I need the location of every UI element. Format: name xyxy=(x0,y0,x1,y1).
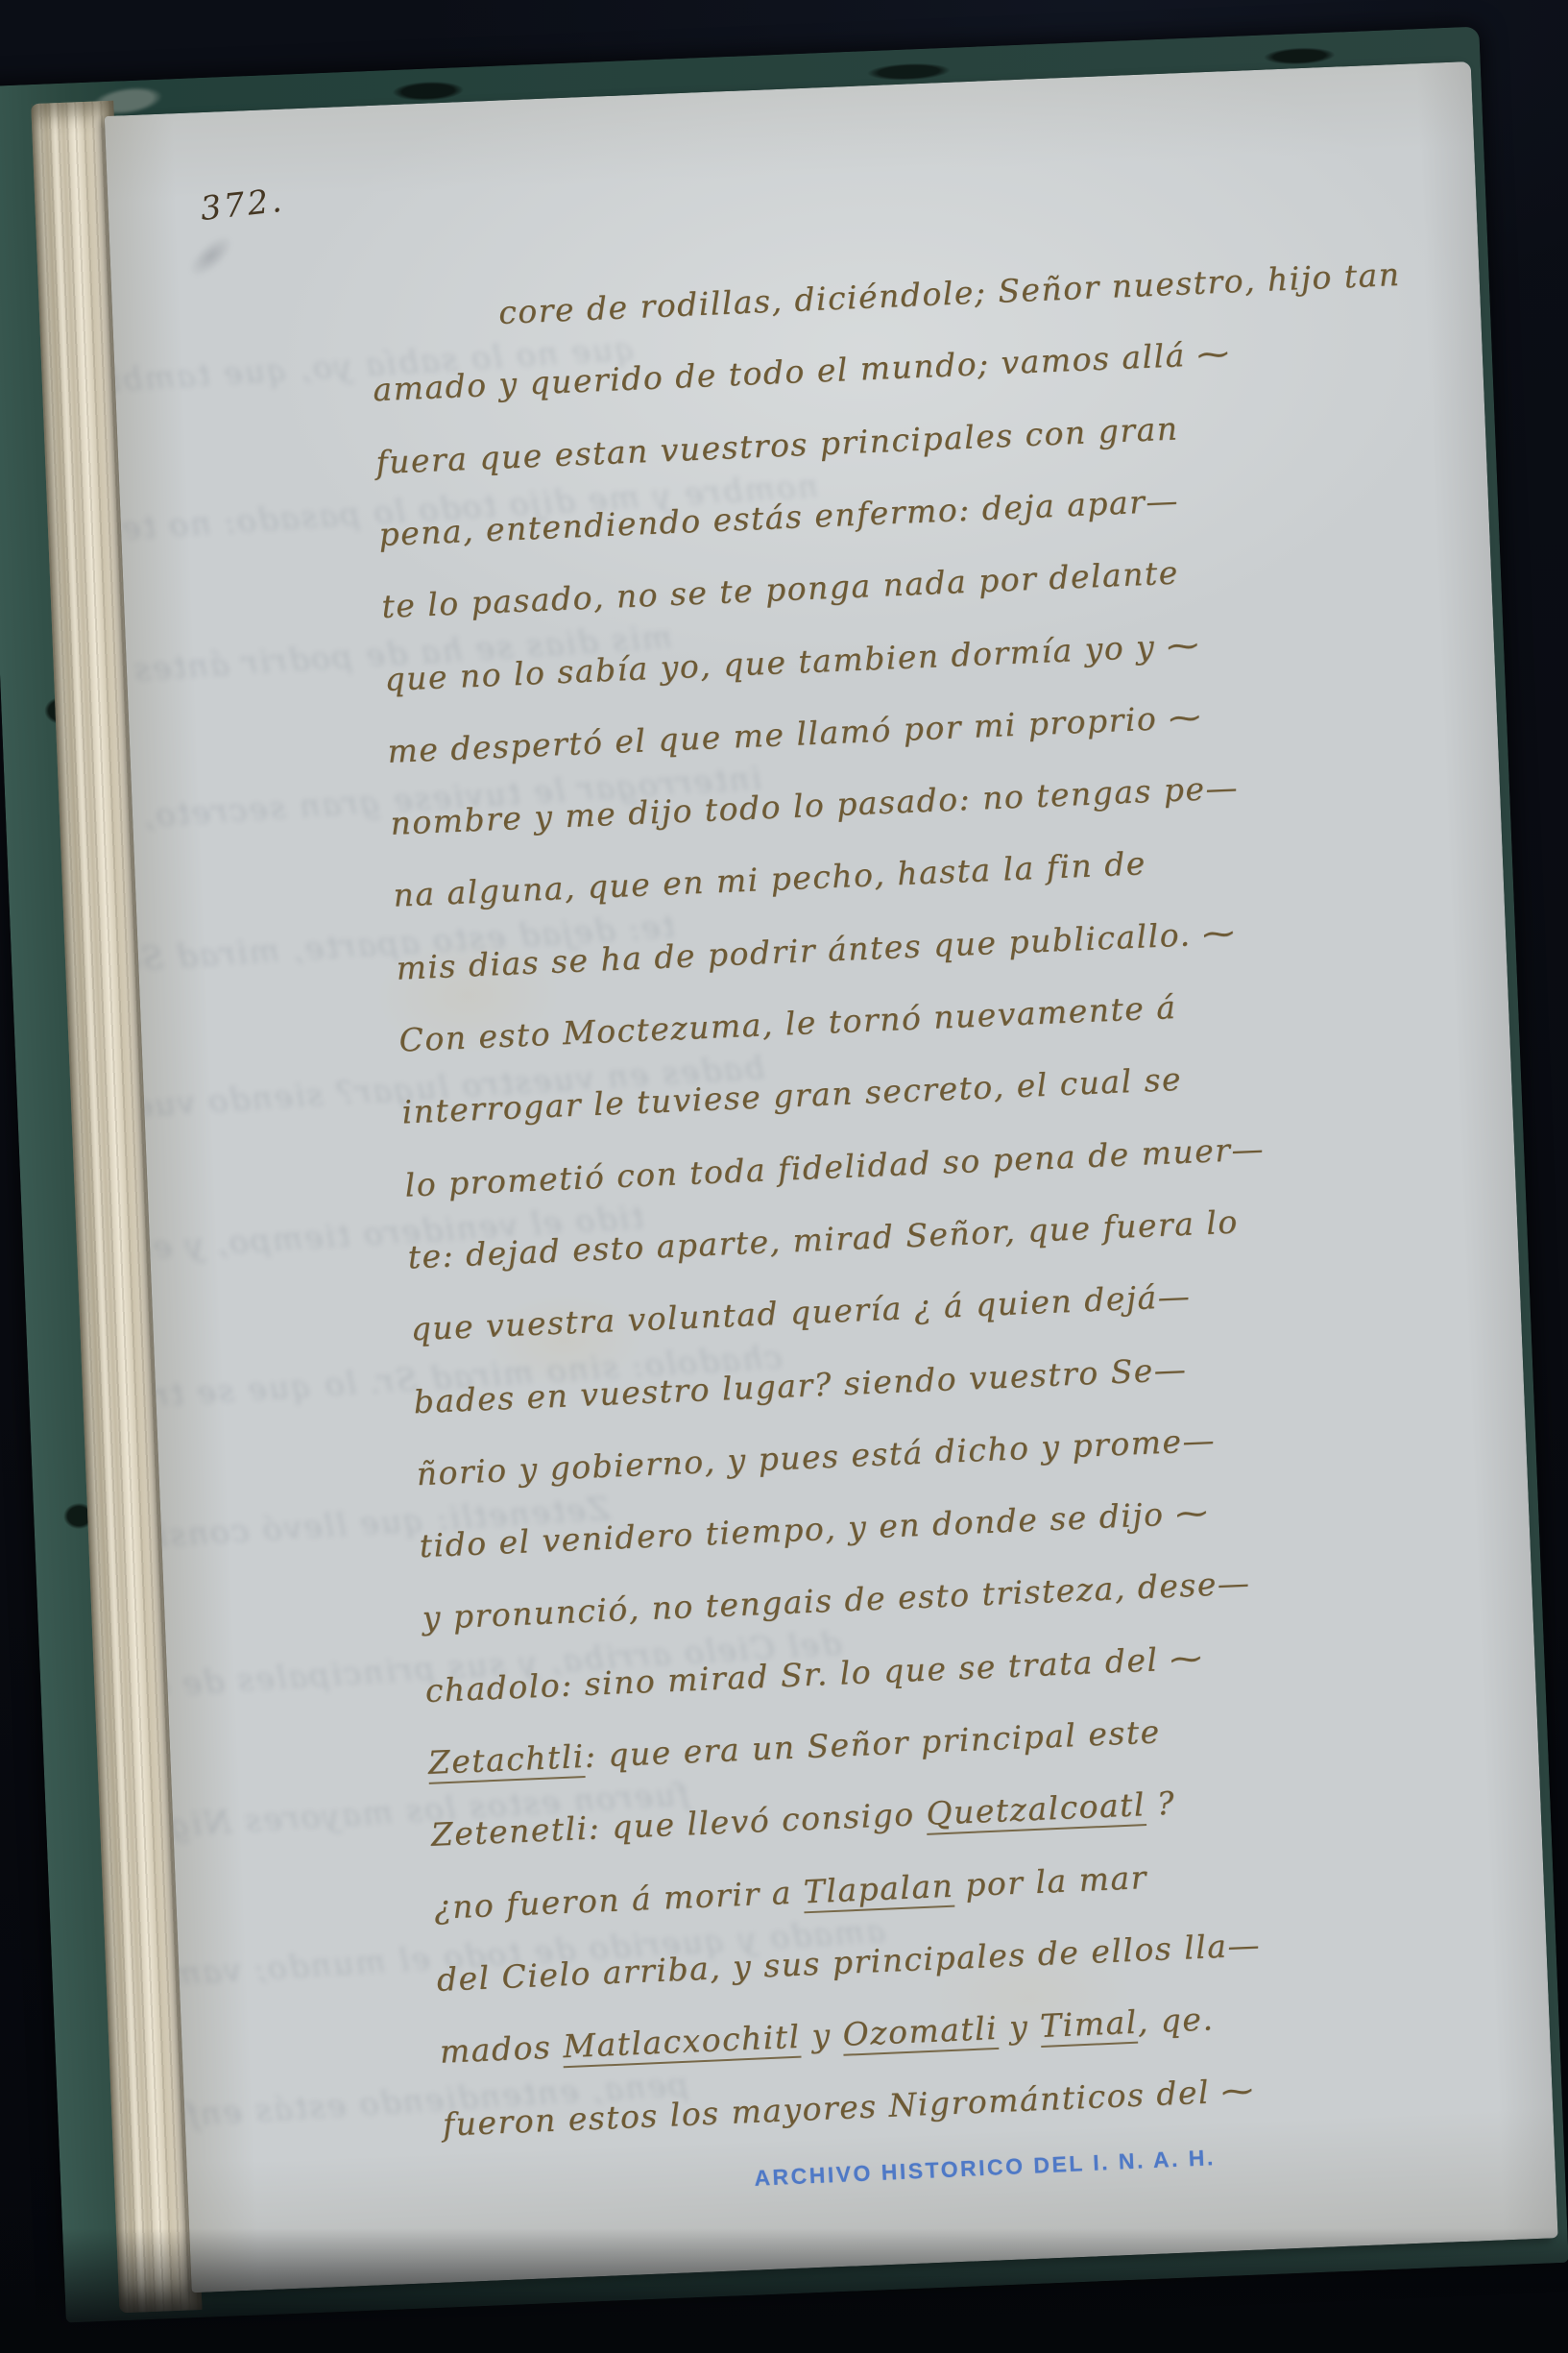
manuscript-line: Con esto Moctezuma, le tornó nuevamente … xyxy=(398,988,1177,1059)
text-segment: amado y querido de todo el mundo; vamos … xyxy=(373,334,1231,408)
manuscript-line: lo prometió con toda fidelidad so pena d… xyxy=(404,1129,1266,1203)
text-segment: ? xyxy=(1145,1784,1176,1823)
manuscript-line: ¿no fueron á morir a Tlapalan por la mar xyxy=(433,1858,1148,1927)
manuscript-line: del Cielo arriba, y sus principales de e… xyxy=(436,1926,1262,1999)
manuscript-line: Zetenetli: que llevó consigo Quetzalcoat… xyxy=(430,1784,1176,1854)
text-segment: te lo pasado, no se te ponga nada por de… xyxy=(381,554,1180,625)
text-segment: Zetenetli: que llevó consigo xyxy=(430,1795,927,1854)
manuscript-line: fueron estos los mayores Nigrománticos d… xyxy=(442,2071,1255,2143)
text-segment: Con esto Moctezuma, le tornó nuevamente … xyxy=(398,988,1177,1059)
archive-stamp: ARCHIVO HISTORICO DEL I. N. A. H. xyxy=(754,2145,1217,2192)
text-segment: bades en vuestro lugar? siendo vuestro S… xyxy=(413,1349,1188,1419)
underlined-word: Zetachtli xyxy=(427,1737,586,1784)
manuscript-line: te lo pasado, no se te ponga nada por de… xyxy=(381,554,1180,625)
text-segment: y xyxy=(800,2016,844,2055)
underlined-word: Matlacxochitl xyxy=(562,2018,801,2069)
text-segment: core de rodillas, diciéndole; Señor nues… xyxy=(497,255,1401,331)
manuscript-line: y pronunció, no tengais de esto tristeza… xyxy=(422,1565,1251,1637)
manuscript-line: que no lo sabía yo, que tambien dormía y… xyxy=(384,625,1201,697)
manuscript-line: interrogar le tuviese gran secreto, el c… xyxy=(401,1060,1183,1131)
text-segment: me despertó el que me llamó por mi propr… xyxy=(387,697,1203,769)
text-segment: na alguna, que en mi pecho, hasta la fin… xyxy=(393,845,1147,915)
manuscript-line: nombre y me dijo todo lo pasado: no teng… xyxy=(390,768,1240,842)
text-segment: tido el venidero tiempo, y en donde se d… xyxy=(419,1493,1210,1565)
manuscript-line: te: dejad esto aparte, mirad Señor, que … xyxy=(407,1202,1240,1275)
text-segment: del Cielo arriba, y sus principales de e… xyxy=(436,1926,1262,1999)
folio-number: 372. xyxy=(199,182,287,229)
manuscript-line: que vuestra voluntad quería ¿ á quien de… xyxy=(410,1277,1192,1348)
photo-vignette xyxy=(0,2228,1568,2353)
manuscript-line: ñorio y gobierno, y pues está dicho y pr… xyxy=(416,1420,1217,1492)
underlined-word: Ozomatli xyxy=(842,2009,999,2056)
bound-volume: 372. que no lo sabía yo, que tambien dor… xyxy=(0,50,1568,2320)
text-segment: nombre y me dijo todo lo pasado: no teng… xyxy=(390,768,1240,842)
text-segment: lo prometió con toda fidelidad so pena d… xyxy=(404,1129,1266,1203)
manuscript-line: Zetachtli: que era un Señor principal es… xyxy=(427,1712,1161,1782)
manuscript-line: chadolo: sino mirad Sr. lo que se trata … xyxy=(424,1638,1204,1710)
text-segment: que no lo sabía yo, que tambien dormía y… xyxy=(384,625,1201,697)
manuscript-line: na alguna, que en mi pecho, hasta la fin… xyxy=(393,845,1147,915)
text-segment: , qe. xyxy=(1137,2000,1215,2040)
manuscript-page: 372. que no lo sabía yo, que tambien dor… xyxy=(105,61,1558,2292)
text-segment: ñorio y gobierno, y pues está dicho y pr… xyxy=(416,1420,1217,1492)
manuscript-line: pena, entendiendo estás enfermo: deja ap… xyxy=(378,481,1180,553)
manuscript-line: me despertó el que me llamó por mi propr… xyxy=(387,697,1203,769)
text-segment: fuera que estan vuestros principales con… xyxy=(375,409,1180,481)
text-segment: fueron estos los mayores Nigrománticos d… xyxy=(442,2071,1255,2143)
underlined-word: Tlapalan xyxy=(803,1866,954,1913)
underlined-word: Timal xyxy=(1039,2003,1138,2048)
text-segment: pena, entendiendo estás enfermo: deja ap… xyxy=(378,481,1180,553)
text-segment: te: dejad esto aparte, mirad Señor, que … xyxy=(407,1202,1240,1275)
text-segment: : que era un Señor principal este xyxy=(584,1712,1161,1775)
manuscript-line: mados Matlacxochitl y Ozomatli y Timal, … xyxy=(439,2000,1215,2070)
manuscript-line: amado y querido de todo el mundo; vamos … xyxy=(373,334,1231,408)
text-segment: mis dias se ha de podrir ántes que publi… xyxy=(396,913,1237,986)
manuscript-line: fuera que estan vuestros principales con… xyxy=(375,409,1180,481)
text-segment: y xyxy=(997,2007,1041,2047)
manuscript-line: tido el venidero tiempo, y en donde se d… xyxy=(419,1493,1210,1565)
text-segment: ¿no fueron á morir a xyxy=(433,1873,805,1926)
text-segment: mados xyxy=(439,2027,564,2070)
text-segment: que vuestra voluntad quería ¿ á quien de… xyxy=(410,1277,1192,1348)
manuscript-line: mis dias se ha de podrir ántes que publi… xyxy=(396,913,1237,986)
manuscript-line: bades en vuestro lugar? siendo vuestro S… xyxy=(413,1349,1188,1419)
manuscript-line: core de rodillas, diciéndole; Señor nues… xyxy=(497,255,1401,331)
text-segment: y pronunció, no tengais de esto tristeza… xyxy=(422,1565,1251,1637)
text-segment: por la mar xyxy=(953,1858,1147,1904)
text-segment: chadolo: sino mirad Sr. lo que se trata … xyxy=(424,1638,1204,1710)
underlined-word: Quetzalcoatl xyxy=(926,1785,1146,1835)
text-segment: interrogar le tuviese gran secreto, el c… xyxy=(401,1060,1183,1131)
